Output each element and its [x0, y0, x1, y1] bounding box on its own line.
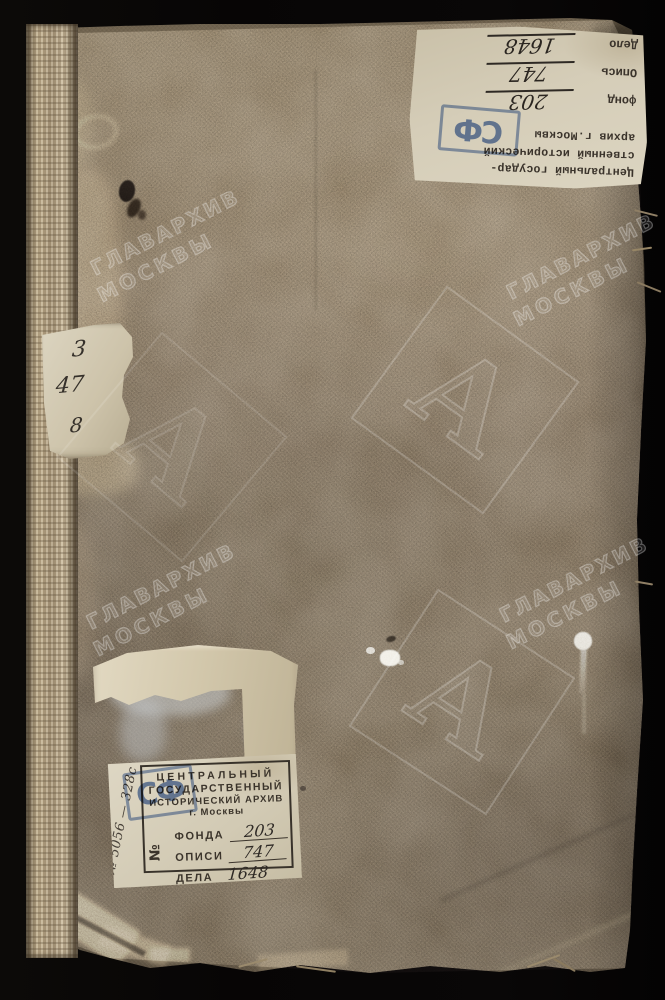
row-value-handwritten: 203 — [230, 822, 289, 842]
stamp-rows: № ФОНДА 203 ОПИСИ 747 ДЕЛА 1648 — [144, 820, 292, 886]
archive-label-top: Центральный государ- ственный историческ… — [408, 23, 651, 190]
row-label: ФОНДА — [174, 829, 224, 843]
field-label: фонд — [580, 92, 636, 108]
blue-sf-stamp: СФ — [122, 764, 198, 821]
stamp-row-opis: ОПИСИ 747 — [175, 841, 292, 864]
stamp-row-fond: ФОНДА 203 — [174, 820, 291, 843]
archive-label-bottom: № 5056 — 328с ЦЕНТРАЛЬНЫЙ ГОСУДАРСТВЕННЫ… — [106, 754, 302, 889]
blue-sf-stamp: СФ — [437, 104, 521, 157]
row-value-handwritten: 747 — [229, 843, 288, 863]
scrap-digit: 47 — [55, 372, 85, 400]
scanned-book-cover: 3 47 8 № 5056 — 328с ЦЕНТРАЛЬНЫЙ ГОСУДАР… — [0, 0, 665, 1000]
field-value-handwritten: 747 — [483, 61, 574, 84]
glue-residue — [120, 700, 166, 762]
spine-edge — [26, 24, 78, 958]
field-value-handwritten: 1648 — [484, 33, 575, 56]
row-label: ДЕЛА — [176, 871, 214, 884]
number-sign: № — [147, 844, 164, 861]
scrap-digit: 3 — [71, 336, 87, 362]
field-label: Дело — [582, 36, 638, 52]
row-label: ОПИСИ — [175, 850, 224, 864]
field-label: Опись — [581, 64, 637, 80]
